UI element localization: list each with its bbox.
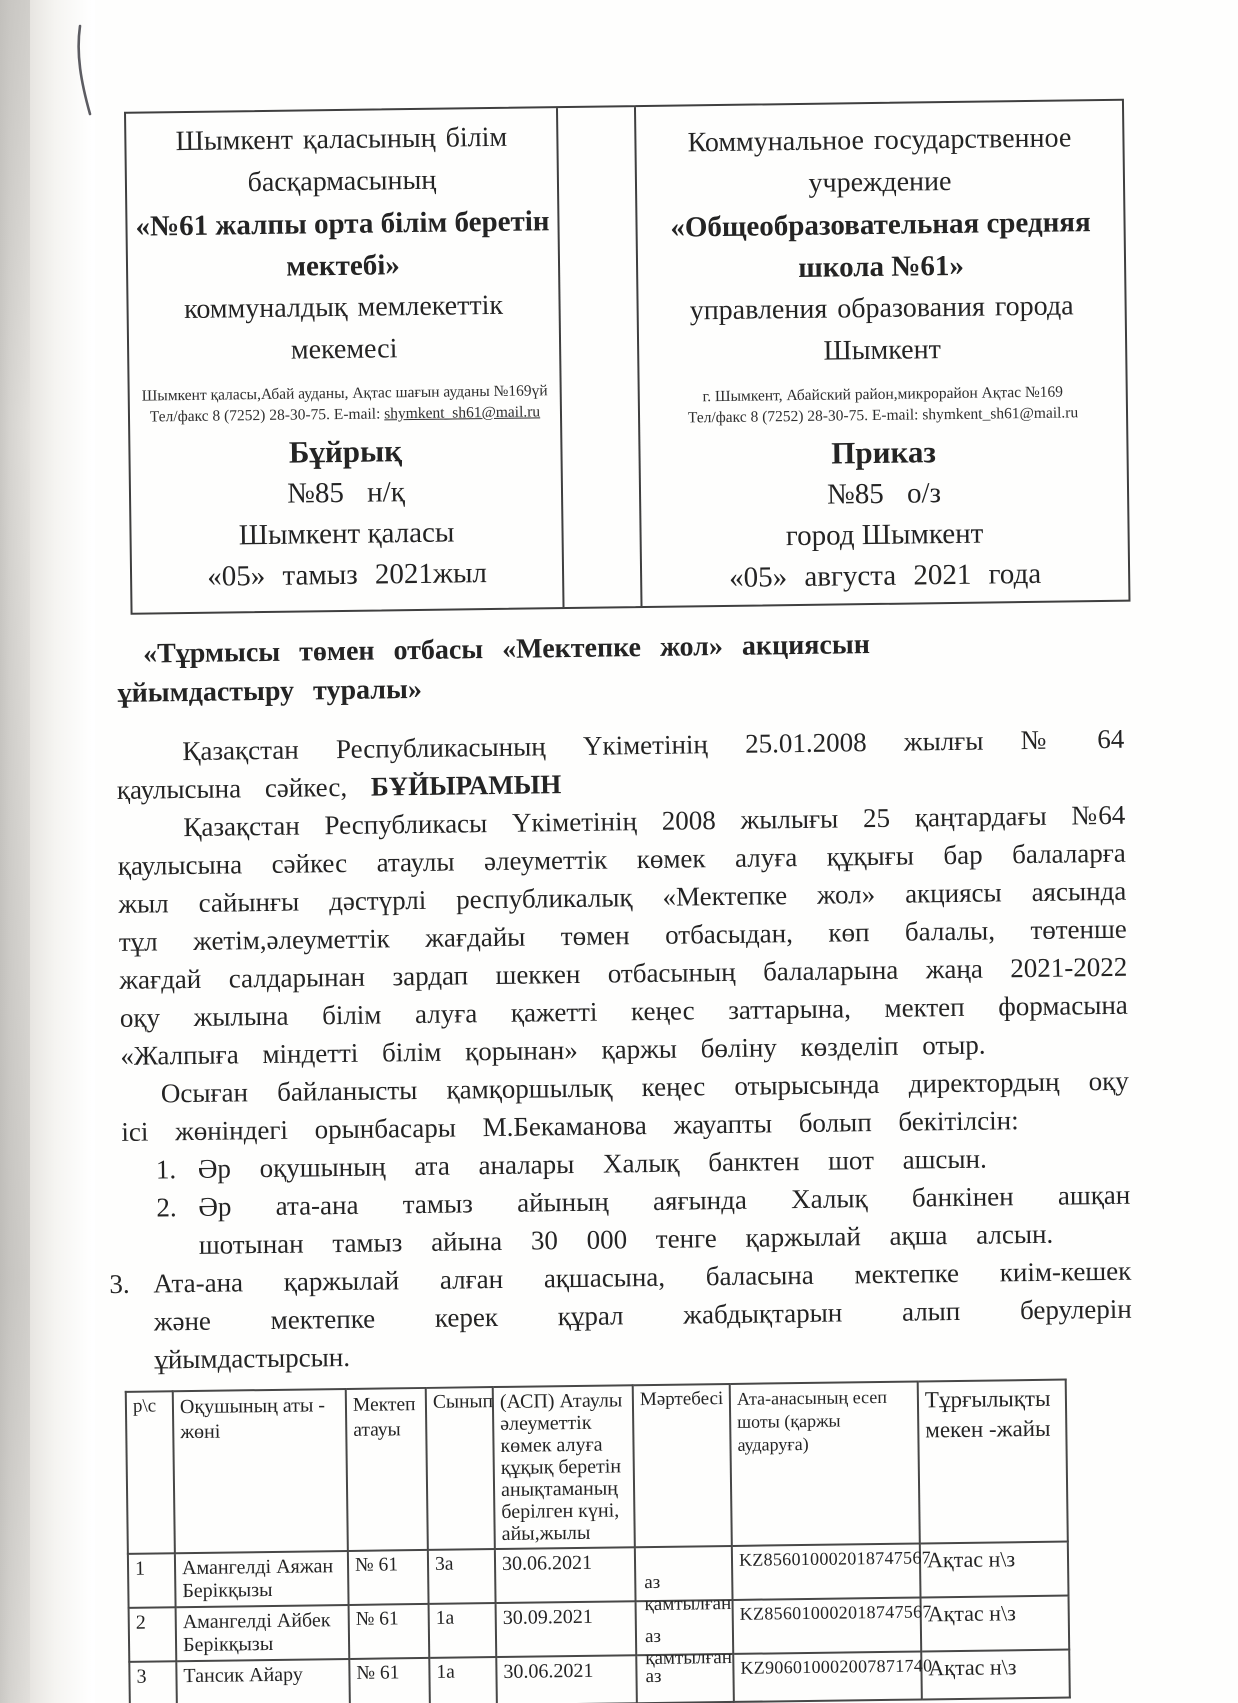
order-body: Қазақстан Республикасының Үкіметінің 25.… — [116, 720, 1132, 1379]
school-name-kk: «№61 жалпы орта білім беретін мектебі» — [133, 200, 552, 289]
order-number-ru: №85 о/з — [647, 471, 1121, 518]
col-header-status: Мәртебесі — [633, 1384, 732, 1547]
order-city-kk: Шымкент қаласы — [137, 511, 556, 557]
address-ru: г. Шымкент, Абайский район,микрорайон Ақ… — [702, 384, 1063, 406]
contact-block-ru: г. Шымкент, Абайский район,микрорайон Ақ… — [646, 381, 1121, 429]
row-2-account-number: KZ856010002018747567 — [733, 1597, 922, 1653]
order-number-kk: №85 н/қ — [137, 470, 556, 516]
row-2-grade: 1а — [429, 1603, 497, 1658]
authority-name-kk: Шымкент қаласының білім басқармасының — [132, 116, 551, 205]
basis-paragraph: Қазақстан Республикасы Үкіметінің 2008 ж… — [117, 796, 1128, 1075]
letterhead-kazakh-cell: Шымкент қаласының білім басқармасының «№… — [126, 108, 564, 613]
row-2-school: № 61 — [349, 1604, 430, 1659]
row-3-student-name: Тансик Айару — [176, 1659, 350, 1703]
row-2-student-name: Амангелді Айбек Берікқызы — [176, 1605, 350, 1661]
row-1-address: Ақтас н\з — [920, 1542, 1069, 1598]
col-header-student-name: Оқушының аты - жөні — [173, 1389, 348, 1553]
org-type-ru: Коммунальное государственное учреждение — [642, 117, 1117, 207]
row-3-address: Ақтас н\з — [921, 1650, 1070, 1700]
row-2-number: 2 — [129, 1607, 177, 1662]
students-table: p\c Оқушының аты - жөні Мектеп атауы Сын… — [125, 1379, 1071, 1703]
phone-email-prefix-kk: Тел/факс 8 (7252) 28-30-75. E-mail: — [150, 405, 385, 425]
item-2-number: 2. — [156, 1188, 199, 1265]
row-1-school: № 61 — [348, 1550, 429, 1605]
row-1-status: аз қамтылған — [635, 1546, 733, 1601]
col-header-address: Тұрғылықты мекен -жайы — [918, 1380, 1068, 1544]
row-3-status: аз — [636, 1654, 734, 1703]
row-1-grade: 3а — [428, 1549, 496, 1604]
order-label-kk: Бұйрық — [136, 428, 555, 475]
col-header-parent-account: Ата-анасының есеп шоты (қаржы аударуға) — [730, 1382, 920, 1546]
row-1-student-name: Амангелді Аяжан Берікқызы — [175, 1551, 349, 1607]
order-date-ru: «05» августа 2021 года — [648, 553, 1122, 600]
order-date-kk: «05» тамыз 2021жыл — [138, 552, 557, 598]
order-item-3: 3. Ата-ана қаржылай алған ақшасына, бала… — [109, 1252, 1132, 1379]
item-3-number: 3. — [109, 1265, 154, 1380]
students-table-header-row: p\c Оқушының аты - жөні Мектеп атауы Сын… — [126, 1380, 1068, 1554]
letterhead-table: Шымкент қаласының білім басқармасының «№… — [124, 99, 1130, 615]
row-3-asp-date: 30.06.2021 — [496, 1655, 637, 1703]
email-kk: shymkent_sh61@mail.ru — [384, 403, 540, 422]
order-title: «Тұрмысы төмен отбасы «Мектепке жол» акц… — [117, 623, 1050, 713]
col-header-grade: Сынып — [426, 1387, 495, 1550]
item-1-number: 1. — [156, 1150, 198, 1189]
preamble-text: Қазақстан Республикасының Үкіметінің 25.… — [117, 724, 1125, 805]
pen-stroke-mark — [68, 20, 102, 125]
col-header-school: Мектеп атауы — [346, 1388, 428, 1551]
row-1-number: 1 — [128, 1553, 176, 1608]
order-city-ru: город Шымкент — [647, 512, 1121, 559]
preamble-paragraph: Қазақстан Республикасының Үкіметінің 25.… — [116, 720, 1125, 809]
item-2-text: Әр ата-ана тамыз айының аяғында Халық ба… — [198, 1176, 1131, 1264]
order-item-2: 2. Әр ата-ана тамыз айының аяғында Халық… — [156, 1176, 1131, 1265]
row-3-number: 3 — [129, 1661, 177, 1703]
item-3-text: Ата-ана қаржылай алған ақшасына, баласын… — [153, 1252, 1132, 1379]
scanned-document-page: Шымкент қаласының білім басқармасының «№… — [0, 0, 1238, 1703]
row-1-asp-date: 30.06.2021 — [495, 1547, 636, 1603]
order-label-ru: Приказ — [646, 429, 1121, 477]
row-1-account-number: KZ856010002018747567 — [732, 1543, 921, 1599]
col-header-number: p\c — [126, 1391, 175, 1554]
row-3-account-number: KZ906010002007871740 — [733, 1651, 922, 1701]
resolve-word-bold: БҰЙЫРАМЫН — [371, 769, 562, 801]
row-2-address: Ақтас н\з — [921, 1596, 1070, 1652]
address-kk: Шымкент қаласы,Абай ауданы, Ақтас шағын … — [142, 382, 548, 404]
row-3-school: № 61 — [349, 1658, 430, 1703]
org-type-kk: коммуналдық мемлекеттік мекемесі — [134, 284, 553, 373]
scan-edge-shadow-variation — [0, 0, 30, 1703]
letterhead-divider-cell — [558, 107, 643, 607]
authority-name-ru: управления образования города Шымкент — [644, 285, 1119, 375]
row-3-status-text: аз — [645, 1665, 733, 1688]
col-header-asp-certificate: (АСП) Атаулы әлеуметтік көмек алуға құқы… — [493, 1385, 635, 1549]
contact-block-kk: Шымкент қаласы,Абай ауданы, Ақтас шағын … — [136, 380, 555, 427]
letterhead-russian-cell: Коммунальное государственное учреждение … — [636, 101, 1128, 606]
row-2-asp-date: 30.09.2021 — [496, 1601, 637, 1657]
school-name-ru: «Общеобразовательная средняя школа №61» — [643, 201, 1118, 291]
phone-email-ru: Тел/факс 8 (7252) 28-30-75. E-mail: shym… — [688, 404, 1078, 426]
row-2-status: аз қамтылған — [636, 1600, 734, 1655]
responsible-paragraph: Осыған байланысты қамқоршылық кеңес отыр… — [121, 1062, 1130, 1151]
row-3-grade: 1а — [429, 1657, 497, 1703]
document-content: Шымкент қаласының білім басқармасының «№… — [108, 99, 1143, 1703]
